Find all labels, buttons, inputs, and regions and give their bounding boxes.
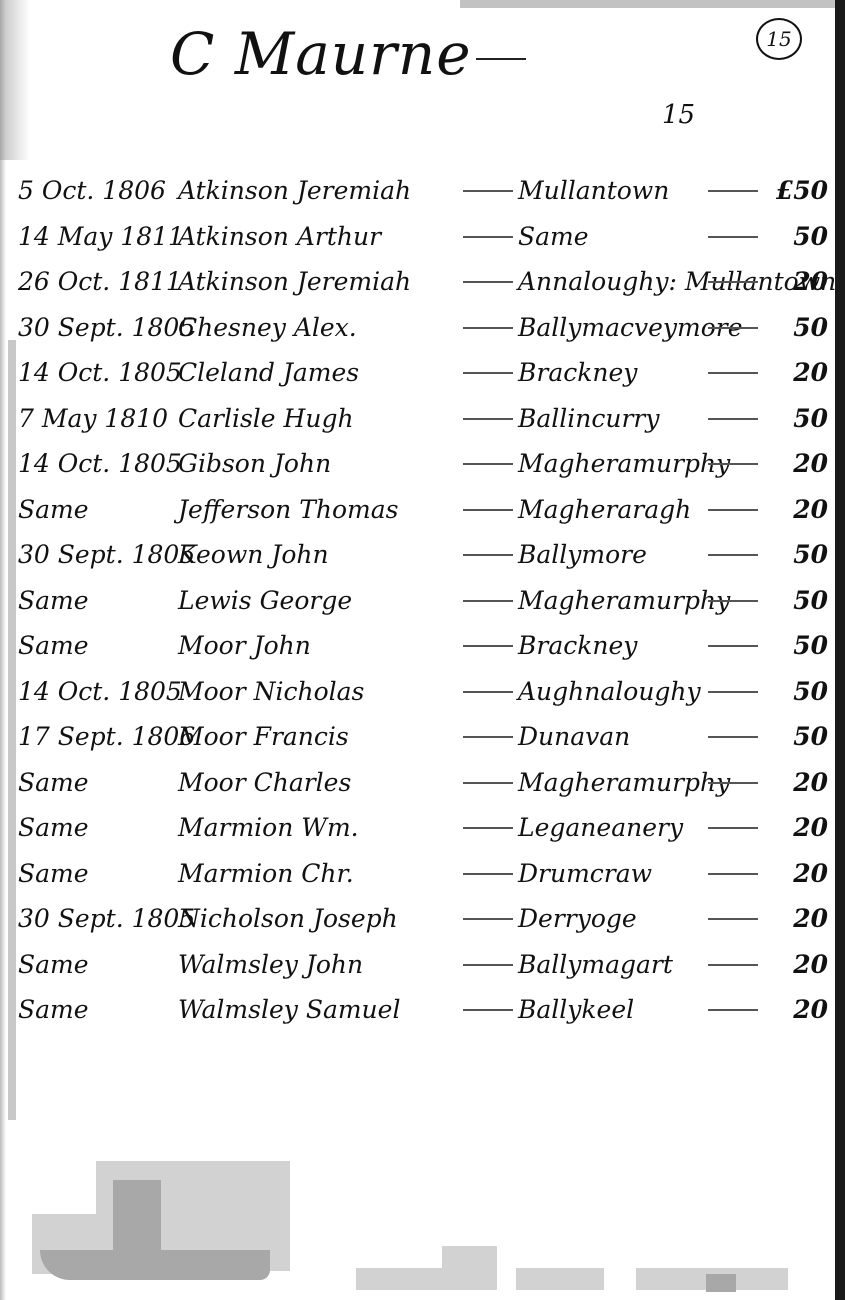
entry-place: Annaloughy: Mullantown — [518, 267, 738, 296]
leader-line — [708, 586, 758, 602]
entry-date: Same — [18, 859, 178, 888]
leader-line — [463, 449, 513, 465]
leader-line — [463, 950, 513, 966]
leader-line — [463, 267, 513, 283]
entry-amount: 20 — [768, 495, 828, 524]
entry-place: Brackney — [518, 631, 738, 660]
entry-place: Mullantown — [518, 176, 738, 205]
leader-line — [463, 586, 513, 602]
scan-margin-mark — [8, 340, 16, 1120]
entry-date: Same — [18, 950, 178, 979]
entry-place: Dunavan — [518, 722, 738, 751]
entry-name: Chesney Alex. — [178, 313, 478, 342]
entry-name: Atkinson Arthur — [178, 222, 478, 251]
entry-amount: 20 — [768, 950, 828, 979]
entry-amount: 20 — [768, 904, 828, 933]
entry-date: Same — [18, 586, 178, 615]
ledger-row: SameJefferson ThomasMagheraragh20 — [18, 489, 828, 535]
entry-place: Derryoge — [518, 904, 738, 933]
entry-date: 14 Oct. 1805 — [18, 449, 178, 478]
scan-corner-shadow — [0, 0, 30, 160]
leader-line — [708, 495, 758, 511]
ledger-row: SameWalmsley JohnBallymagart20 — [18, 944, 828, 990]
leader-line — [708, 449, 758, 465]
scan-right-edge — [835, 0, 845, 1300]
entry-amount: £50 — [768, 176, 828, 205]
entry-name: Gibson John — [178, 449, 478, 478]
ledger-row: 14 Oct. 1805Cleland JamesBrackney20 — [18, 352, 828, 398]
title-underline — [476, 58, 526, 60]
entry-amount: 50 — [768, 313, 828, 342]
entry-place: Ballymagart — [518, 950, 738, 979]
entry-amount: 20 — [768, 813, 828, 842]
entry-place: Ballymore — [518, 540, 738, 569]
ledger-row: 26 Oct. 1811Atkinson JeremiahAnnaloughy:… — [18, 261, 828, 307]
entry-amount: 50 — [768, 722, 828, 751]
leader-line — [708, 995, 758, 1011]
leader-line — [708, 813, 758, 829]
leader-line — [463, 904, 513, 920]
entry-name: Moor Charles — [178, 768, 478, 797]
entry-amount: 50 — [768, 404, 828, 433]
ledger-row: 30 Sept. 1805Nicholson JosephDerryoge20 — [18, 898, 828, 944]
entry-name: Atkinson Jeremiah — [178, 176, 478, 205]
entry-name: Marmion Wm. — [178, 813, 478, 842]
ledger-row: 14 Oct. 1805Gibson JohnMagheramurphy20 — [18, 443, 828, 489]
leader-line — [463, 995, 513, 1011]
entry-place: Magheramurphy — [518, 449, 738, 478]
scan-artifact — [516, 1268, 604, 1290]
entry-date: Same — [18, 813, 178, 842]
entry-date: 17 Sept. 1806 — [18, 722, 178, 751]
entry-place: Ballincurry — [518, 404, 738, 433]
leader-line — [463, 313, 513, 329]
entry-amount: 20 — [768, 995, 828, 1024]
entry-date: 30 Sept. 1805 — [18, 313, 178, 342]
entry-date: 14 May 1811 — [18, 222, 178, 251]
entry-amount: 20 — [768, 768, 828, 797]
leader-line — [463, 722, 513, 738]
ledger-entries: 5 Oct. 1806Atkinson JeremiahMullantown£5… — [18, 170, 828, 1035]
entry-place: Aughnaloughy — [518, 677, 738, 706]
scan-top-smudge — [460, 0, 835, 8]
page-title-text: C Maurne — [170, 20, 472, 88]
entry-date: 30 Sept. 1805 — [18, 904, 178, 933]
ledger-row: 30 Sept. 1805Keown JohnBallymore50 — [18, 534, 828, 580]
entry-amount: 50 — [768, 586, 828, 615]
entry-place: Same — [518, 222, 738, 251]
leader-line — [708, 267, 758, 283]
entry-place: Brackney — [518, 358, 738, 387]
entry-place: Magheramurphy — [518, 768, 738, 797]
entry-date: 26 Oct. 1811 — [18, 267, 178, 296]
entry-date: 30 Sept. 1805 — [18, 540, 178, 569]
leader-line — [708, 677, 758, 693]
scan-artifact — [706, 1274, 736, 1292]
entry-name: Carlisle Hugh — [178, 404, 478, 433]
entry-name: Moor Nicholas — [178, 677, 478, 706]
entry-amount: 50 — [768, 540, 828, 569]
entry-date: Same — [18, 495, 178, 524]
entry-amount: 50 — [768, 222, 828, 251]
entry-place: Magheramurphy — [518, 586, 738, 615]
leader-line — [463, 358, 513, 374]
leader-line — [708, 904, 758, 920]
ledger-row: 17 Sept. 1806Moor FrancisDunavan50 — [18, 716, 828, 762]
entry-name: Marmion Chr. — [178, 859, 478, 888]
entry-amount: 20 — [768, 267, 828, 296]
leader-line — [463, 404, 513, 420]
ledger-row: 5 Oct. 1806Atkinson JeremiahMullantown£5… — [18, 170, 828, 216]
scan-left-edge — [0, 0, 6, 1300]
entry-date: 7 May 1810 — [18, 404, 178, 433]
scan-artifact — [40, 1250, 270, 1280]
ledger-row: SameMarmion Chr.Drumcraw20 — [18, 853, 828, 899]
leader-line — [463, 540, 513, 556]
ledger-row: 7 May 1810Carlisle HughBallincurry50 — [18, 398, 828, 444]
entry-place: Drumcraw — [518, 859, 738, 888]
entry-name: Cleland James — [178, 358, 478, 387]
entry-name: Jefferson Thomas — [178, 495, 478, 524]
entry-name: Lewis George — [178, 586, 478, 615]
leader-line — [463, 768, 513, 784]
ledger-row: SameLewis GeorgeMagheramurphy50 — [18, 580, 828, 626]
entry-name: Moor Francis — [178, 722, 478, 751]
entry-date: Same — [18, 995, 178, 1024]
entry-date: Same — [18, 631, 178, 660]
leader-line — [463, 677, 513, 693]
scan-artifact — [113, 1180, 161, 1255]
ledger-row: 14 May 1811Atkinson ArthurSame50 — [18, 216, 828, 262]
leader-line — [708, 950, 758, 966]
folio-number-circled: 15 — [756, 18, 802, 60]
entry-place: Ballykeel — [518, 995, 738, 1024]
entry-place: Leganeanery — [518, 813, 738, 842]
leader-line — [708, 404, 758, 420]
leader-line — [708, 631, 758, 647]
leader-line — [708, 722, 758, 738]
ledger-row: SameMarmion Wm.Leganeanery20 — [18, 807, 828, 853]
leader-line — [463, 631, 513, 647]
entry-place: Magheraragh — [518, 495, 738, 524]
ledger-row: 30 Sept. 1805Chesney Alex.Ballymacveymor… — [18, 307, 828, 353]
ledger-page: C Maurne 15 15 5 Oct. 1806Atkinson Jerem… — [0, 0, 845, 1300]
ledger-row: SameMoor CharlesMagheramurphy20 — [18, 762, 828, 808]
entry-name: Keown John — [178, 540, 478, 569]
leader-line — [708, 768, 758, 784]
leader-line — [708, 859, 758, 875]
page-title: C Maurne — [170, 20, 526, 88]
entry-place: Ballymacveymore — [518, 313, 738, 342]
entry-amount: 50 — [768, 677, 828, 706]
ledger-row: 14 Oct. 1805Moor NicholasAughnaloughy50 — [18, 671, 828, 717]
leader-line — [708, 358, 758, 374]
leader-line — [463, 813, 513, 829]
leader-line — [463, 222, 513, 238]
entry-amount: 20 — [768, 358, 828, 387]
entry-amount: 20 — [768, 859, 828, 888]
leader-line — [708, 540, 758, 556]
entry-date: 14 Oct. 1805 — [18, 358, 178, 387]
entry-date: 14 Oct. 1805 — [18, 677, 178, 706]
entry-date: 5 Oct. 1806 — [18, 176, 178, 205]
leader-line — [708, 313, 758, 329]
leader-line — [708, 176, 758, 192]
ledger-row: SameMoor JohnBrackney50 — [18, 625, 828, 671]
leader-line — [708, 222, 758, 238]
leader-line — [463, 495, 513, 511]
folio-number: 15 — [662, 100, 695, 130]
entry-amount: 50 — [768, 631, 828, 660]
entry-name: Atkinson Jeremiah — [178, 267, 478, 296]
entry-amount: 20 — [768, 449, 828, 478]
entry-name: Walmsley Samuel — [178, 995, 478, 1024]
entry-name: Walmsley John — [178, 950, 478, 979]
entry-date: Same — [18, 768, 178, 797]
entry-name: Nicholson Joseph — [178, 904, 478, 933]
scan-artifact — [442, 1246, 497, 1290]
ledger-row: SameWalmsley SamuelBallykeel20 — [18, 989, 828, 1035]
entry-name: Moor John — [178, 631, 478, 660]
leader-line — [463, 176, 513, 192]
leader-line — [463, 859, 513, 875]
